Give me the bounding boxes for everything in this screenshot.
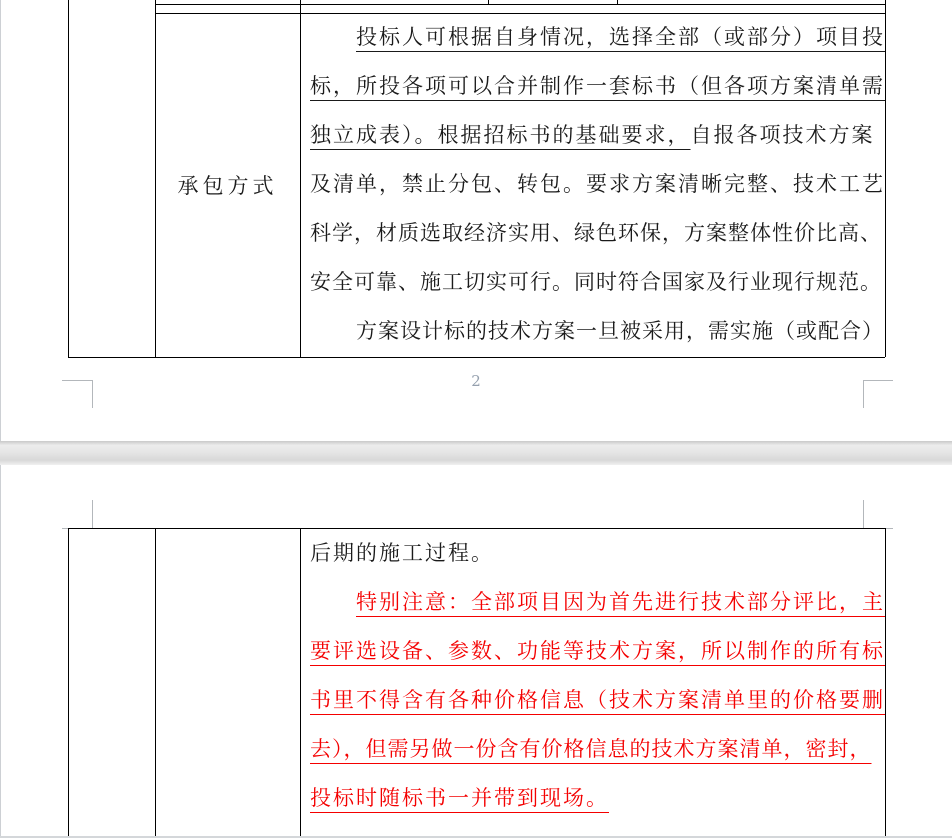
table-border-col2 [300,528,301,838]
red-underlined-text: 书里不得含有各种价格信息（技术方案清单里的价格要删 [310,688,885,712]
red-underlined-text: 投标时随标书一并带到现场。 [310,786,609,810]
text-line: 标，所投各项可以合并制作一套标书（但各项方案清单需 [310,62,888,111]
underlined-text: 投标人可根据自身情况，选择全部（或部分）项目投 [356,25,885,49]
underlined-text: 标，所投各项可以合并制作一套标书（但各项方案清单需 [310,74,885,98]
page-left-edge [0,465,1,838]
table-border-prevrow-bottom [155,4,885,5]
contract-method-text-cell: 投标人可根据自身情况，选择全部（或部分）项目投 标，所投各项可以合并制作一套标书… [310,13,888,356]
text-line-red: 去），但需另做一份含有价格信息的技术方案清单，密封， [310,725,888,774]
page-1: 承包方式 投标人可根据自身情况，选择全部（或部分）项目投 标，所投各项可以合并制… [0,0,952,441]
special-notice-text-cell: 后期的施工过程。 特别注意：全部项目因为首先进行技术部分评比，主 要评选设备、参… [310,529,888,823]
page-gap [0,441,952,465]
plain-text: 方案设计标的技术方案一旦被采用，需实施（或配合） [356,319,884,343]
plain-text: 科学，材质选取经济实用、绿色环保，方案整体性价比高、 [310,221,882,245]
page-2: 后期的施工过程。 特别注意：全部项目因为首先进行技术部分评比，主 要评选设备、参… [0,465,952,838]
text-line: 方案设计标的技术方案一旦被采用，需实施（或配合） [310,307,888,356]
text-line-red: 投标时随标书一并带到现场。 [310,774,888,823]
red-underlined-text: 特别注意：全部项目因为首先进行技术部分评比，主 [356,590,885,614]
crop-mark-top-right-v [863,500,864,528]
table-border-left [68,528,69,838]
text-line: 科学，材质选取经济实用、绿色环保，方案整体性价比高、 [310,209,888,258]
text-line: 独立成表）。根据招标书的基础要求，自报各项技术方案 [310,111,888,160]
row-header-label: 承包方式 [178,170,278,200]
underlined-text: 独立成表）。根据招标书的基础要求， [310,123,691,147]
plain-text: 及清单，禁止分包、转包。要求方案清晰完整、技术工艺 [310,172,885,196]
plain-text: 后期的施工过程。 [310,541,494,565]
crop-mark-top-left-v [92,500,93,528]
plain-text: 自报各项技术方案 [691,123,875,147]
text-line: 投标人可根据自身情况，选择全部（或部分）项目投 [310,13,888,62]
text-line-red: 要评选设备、参数、功能等技术方案，所以制作的所有标 [310,627,888,676]
text-line-red: 特别注意：全部项目因为首先进行技术部分评比，主 [310,578,888,627]
table-border-bottom [68,357,885,358]
red-underlined-text: 去），但需另做一份含有价格信息的技术方案清单，密封， [310,737,872,761]
plain-text: 安全可靠、施工切实可行。同时符合国家及行业现行规范。 [310,270,882,294]
text-line: 及清单，禁止分包、转包。要求方案清晰完整、技术工艺 [310,160,888,209]
table-border-col1 [155,528,156,838]
text-line: 后期的施工过程。 [310,529,888,578]
table-border-col2 [300,0,301,357]
red-underlined-text: 要评选设备、参数、功能等技术方案，所以制作的所有标 [310,639,885,663]
text-line: 安全可靠、施工切实可行。同时符合国家及行业现行规范。 [310,258,888,307]
page-number: 2 [0,372,952,390]
table-border-left [68,0,69,357]
row-header-cell: 承包方式 [155,13,300,357]
text-line-red: 书里不得含有各种价格信息（技术方案清单里的价格要删 [310,676,888,725]
document-view: 承包方式 投标人可根据自身情况，选择全部（或部分）项目投 标，所投各项可以合并制… [0,0,952,838]
